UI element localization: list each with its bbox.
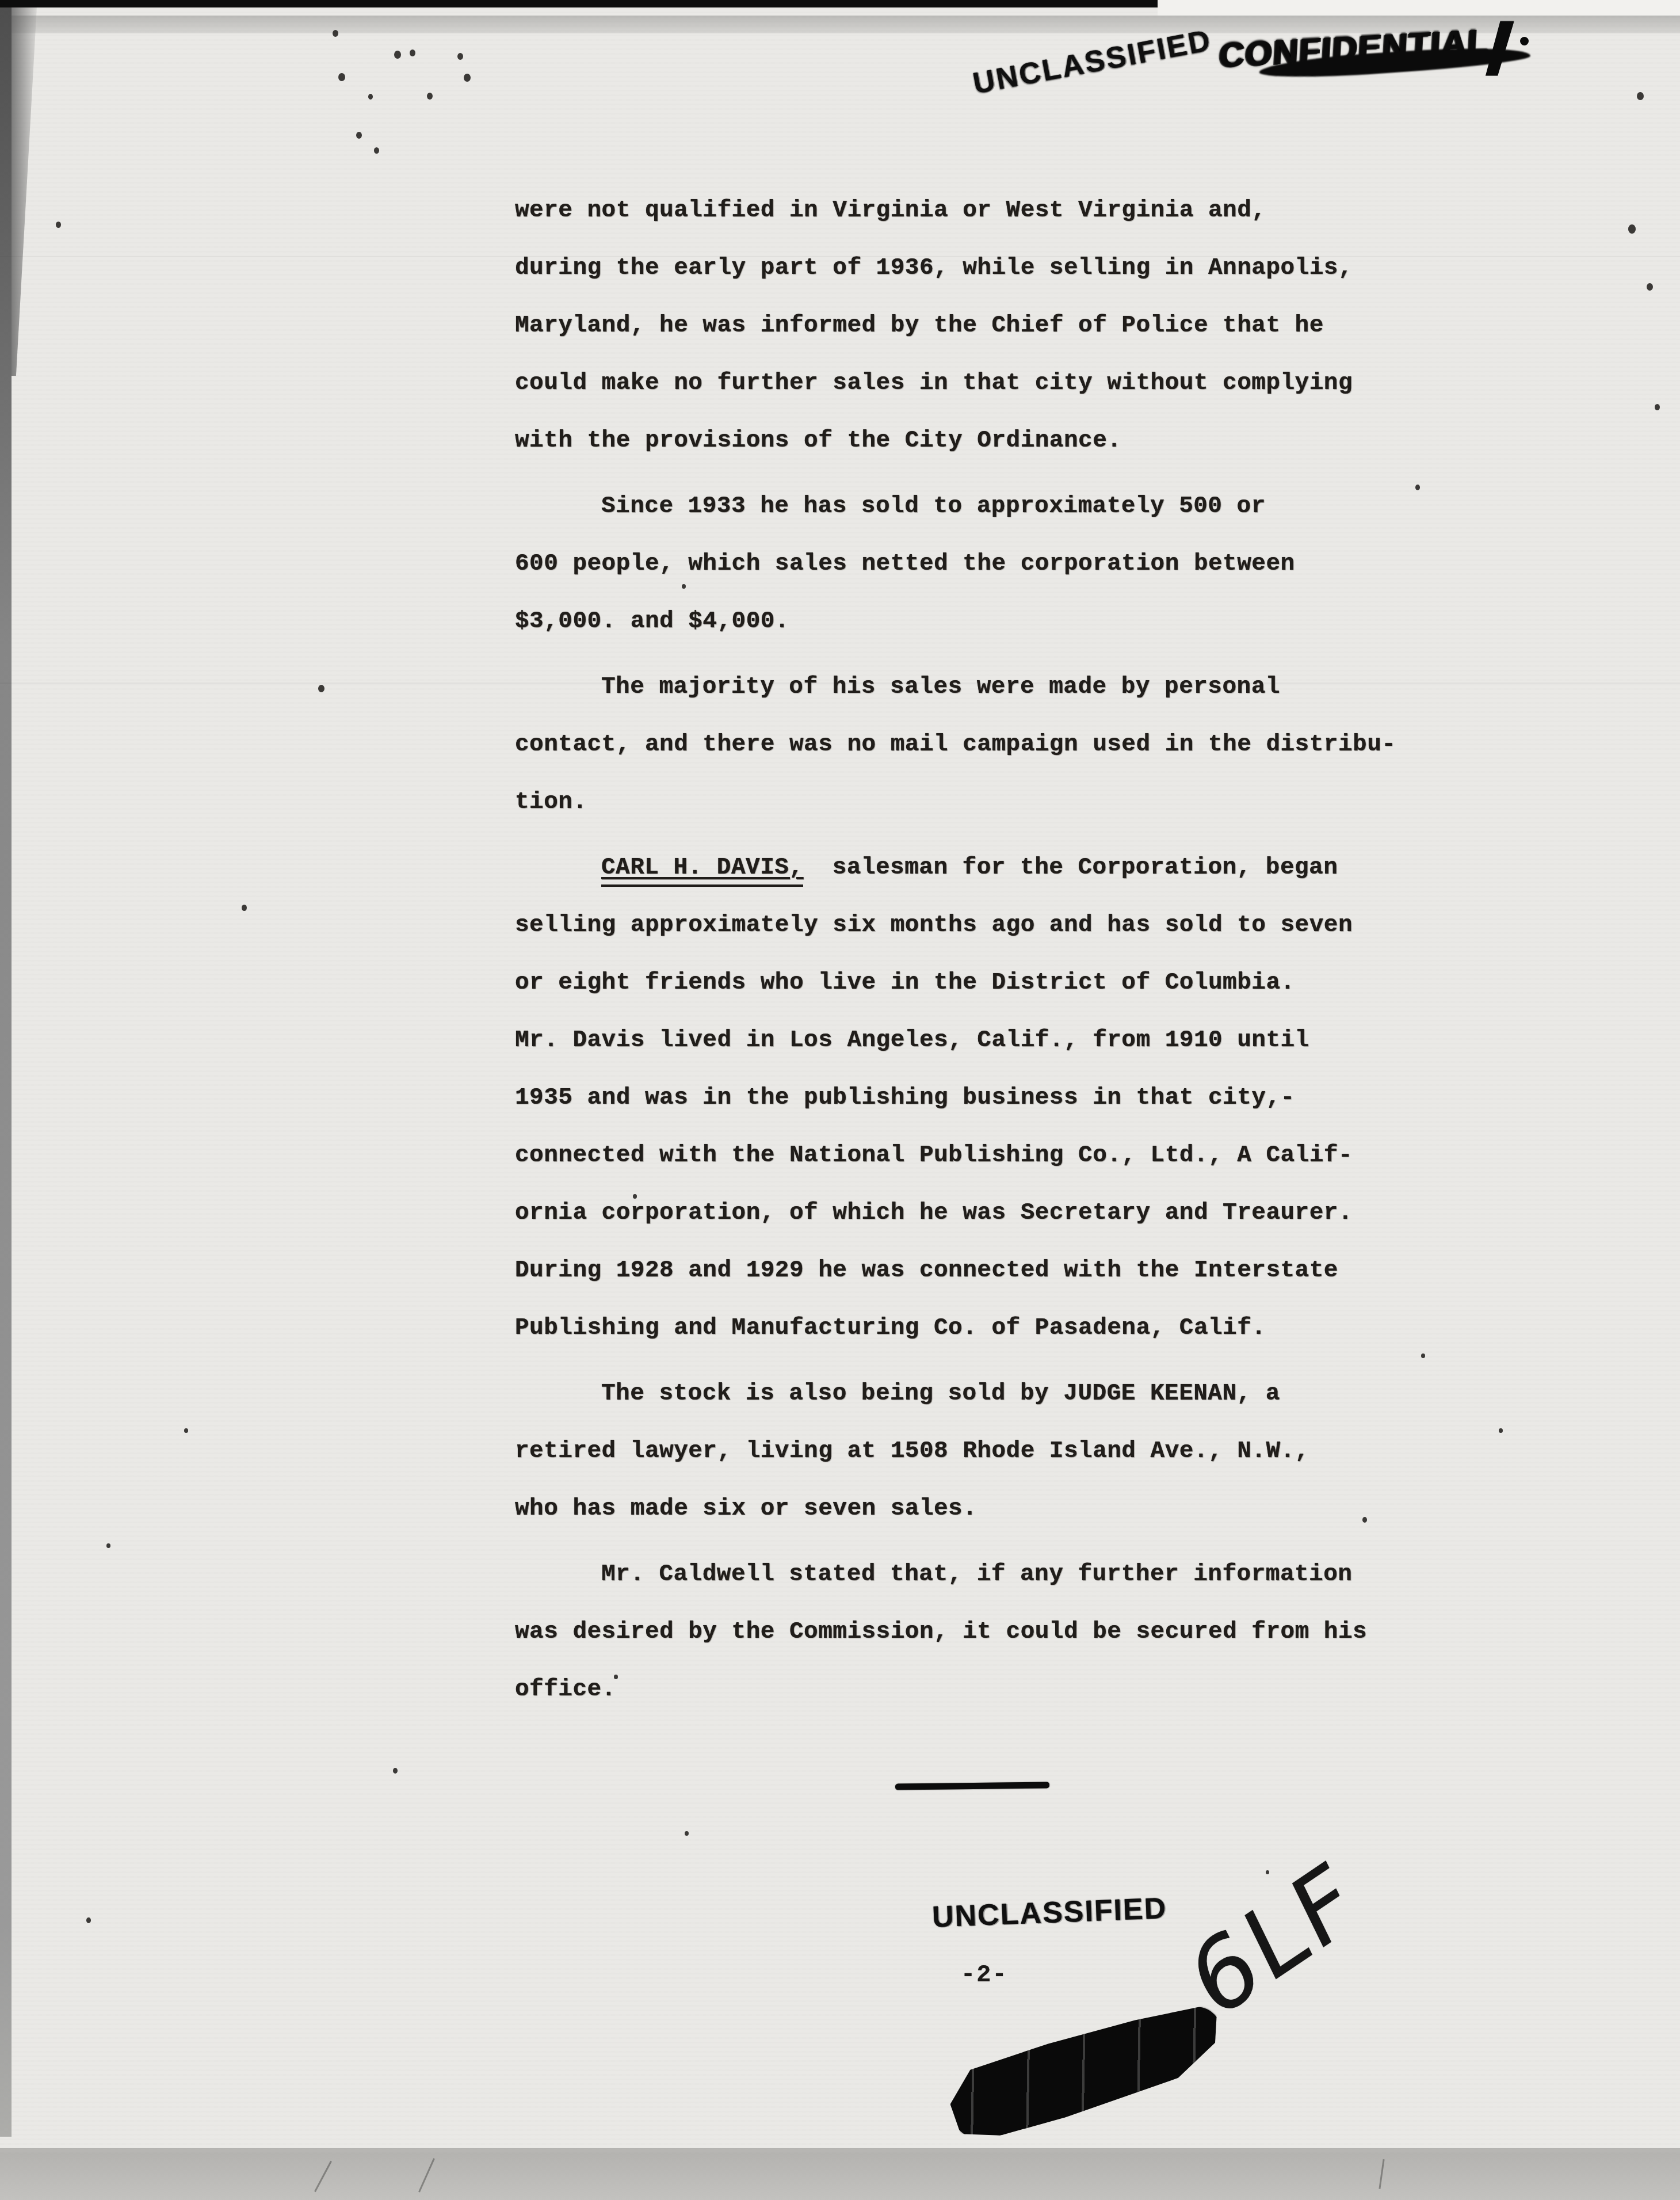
text-line: 1935 and was in the publishing business … xyxy=(515,1069,1493,1127)
unclassified-stamp-top: UNCLASSIFIED xyxy=(971,23,1215,101)
ink-speck xyxy=(318,685,324,692)
ink-speck xyxy=(464,74,471,82)
text-line: was desired by the Commission, it could … xyxy=(515,1603,1493,1661)
text-line: The majority of his sales were made by p… xyxy=(515,658,1493,716)
text-line: Mr. Davis lived in Los Angeles, Calif., … xyxy=(515,1012,1493,1069)
paragraph: The majority of his sales were made by p… xyxy=(515,658,1493,831)
unclassified-stamp-bottom: UNCLASSIFIED xyxy=(931,1891,1167,1935)
paragraph: CARL H. DAVIS, salesman for the Corporat… xyxy=(515,839,1493,1357)
text-line: were not qualified in Virginia or West V… xyxy=(515,182,1493,239)
underlined-name: CARL H. DAVIS, xyxy=(601,855,803,887)
text-line: $3,000. and $4,000. xyxy=(515,593,1493,650)
ink-speck xyxy=(393,1768,398,1774)
text-line: Maryland, he was informed by the Chief o… xyxy=(515,297,1493,354)
ink-speck xyxy=(356,132,362,139)
paragraph: The stock is also being sold by JUDGE KE… xyxy=(515,1365,1493,1538)
ink-speck xyxy=(457,53,463,60)
ink-speck xyxy=(394,51,401,59)
ink-speck xyxy=(1499,1428,1503,1433)
closing-rule xyxy=(895,1782,1049,1790)
ink-speck xyxy=(1637,92,1644,100)
text-line: retired lawyer, living at 1508 Rhode Isl… xyxy=(515,1423,1493,1480)
text-line: office. xyxy=(515,1661,1493,1718)
ink-speck xyxy=(1415,485,1420,490)
ink-speck xyxy=(86,1917,91,1923)
text-line: selling approximately six months ago and… xyxy=(515,897,1493,954)
scan-band-bottom xyxy=(0,2153,1680,2200)
ink-speck xyxy=(410,49,415,56)
text-run: salesman for the Corporation, began xyxy=(803,855,1338,881)
text-line: ornia corporation, of which he was Secre… xyxy=(515,1184,1493,1242)
obliterated-stamp xyxy=(941,2003,1232,2142)
paragraph: were not qualified in Virginia or West V… xyxy=(515,182,1493,470)
ink-speck xyxy=(56,222,61,228)
text-line: CARL H. DAVIS, salesman for the Corporat… xyxy=(515,839,1493,897)
scan-edge-left-shadow xyxy=(12,7,37,376)
ink-speck xyxy=(1362,1517,1367,1523)
scanned-document-page: UNCLASSIFIED CONFIDENTIAL were not quali… xyxy=(0,0,1680,2200)
text-line: or eight friends who live in the Distric… xyxy=(515,954,1493,1012)
scan-edge-bottom-line xyxy=(0,2148,1680,2153)
paragraph: Since 1933 he has sold to approximately … xyxy=(515,478,1493,650)
text-line: contact, and there was no mail campaign … xyxy=(515,716,1493,773)
ink-speck xyxy=(184,1428,188,1433)
ink-speck xyxy=(427,93,433,100)
ink-speck xyxy=(685,1831,689,1836)
ink-speck xyxy=(242,905,247,911)
scan-edge-left-strip xyxy=(0,7,12,2137)
ink-speck xyxy=(333,30,338,37)
text-line: The stock is also being sold by JUDGE KE… xyxy=(515,1365,1493,1423)
document-body: were not qualified in Virginia or West V… xyxy=(515,182,1493,1718)
page-number: -2- xyxy=(961,1961,1008,1989)
ink-dot xyxy=(1520,37,1529,45)
scan-edge-top-right xyxy=(1158,0,1680,16)
ink-speck xyxy=(1647,283,1653,291)
ink-speck xyxy=(106,1543,110,1548)
ink-speck xyxy=(374,147,379,154)
text-line: could make no further sales in that city… xyxy=(515,354,1493,412)
text-line: with the provisions of the City Ordinanc… xyxy=(515,412,1493,470)
text-line: Mr. Caldwell stated that, if any further… xyxy=(515,1546,1493,1603)
text-line: during the early part of 1936, while sel… xyxy=(515,239,1493,297)
scan-edge-top-bar xyxy=(0,0,1158,7)
text-line: who has made six or seven sales. xyxy=(515,1480,1493,1538)
ink-speck xyxy=(1266,1870,1269,1874)
ink-speck xyxy=(1628,224,1636,234)
ink-speck xyxy=(338,73,345,81)
text-line: connected with the National Publishing C… xyxy=(515,1127,1493,1184)
text-line: tion. xyxy=(515,773,1493,831)
text-line: Since 1933 he has sold to approximately … xyxy=(515,478,1493,535)
text-line: 600 people, which sales netted the corpo… xyxy=(515,535,1493,593)
ink-speck xyxy=(1655,404,1660,410)
ink-speck xyxy=(368,94,373,100)
text-line: Publishing and Manufacturing Co. of Pasa… xyxy=(515,1299,1493,1357)
paragraph: Mr. Caldwell stated that, if any further… xyxy=(515,1546,1493,1718)
text-line: During 1928 and 1929 he was connected wi… xyxy=(515,1242,1493,1299)
